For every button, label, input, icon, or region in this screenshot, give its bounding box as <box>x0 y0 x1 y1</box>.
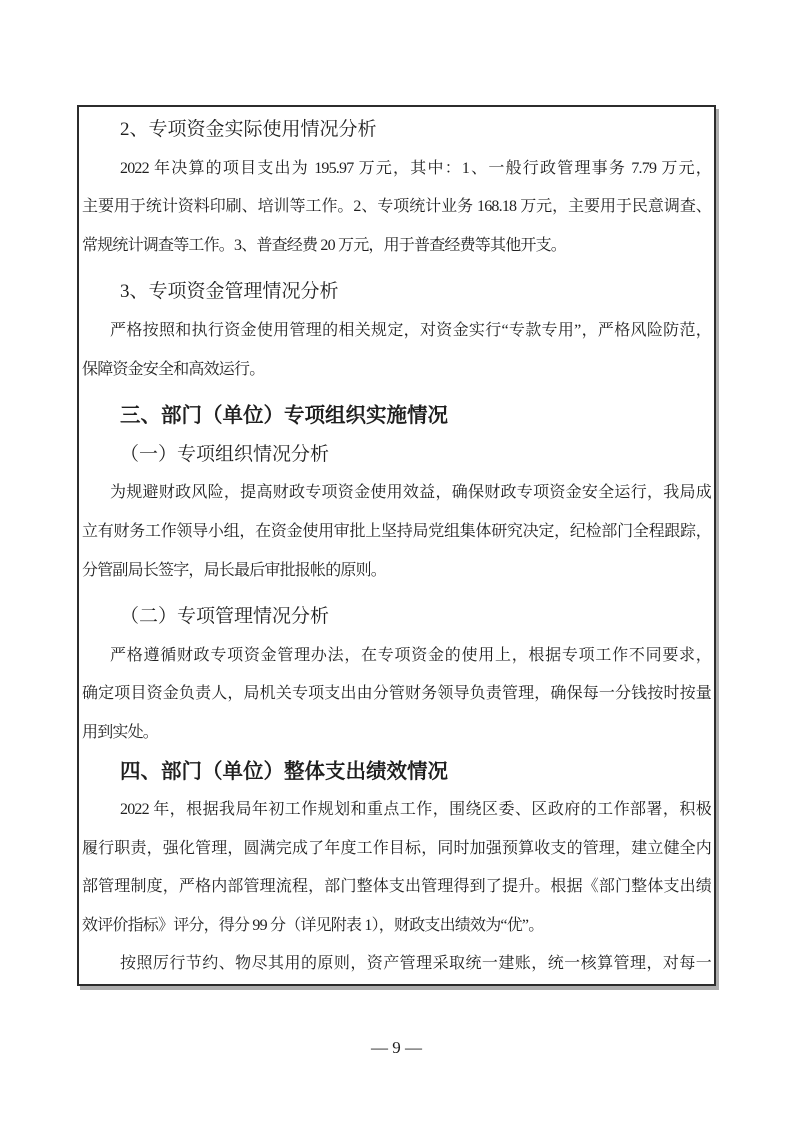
sub-heading-funds-actual-usage: 2、专项资金实际使用情况分析 <box>82 111 711 150</box>
page-border-frame: 2、专项资金实际使用情况分析 2022 年决算的项目支出为 195.97 万元，… <box>77 105 716 986</box>
body-line: 立有财务工作领导小组，在资金使用审批上坚持局党组集体研究决定，纪检部门全程跟踪， <box>82 513 711 552</box>
body-line: 用到实处。 <box>82 714 711 753</box>
body-line: 效评价指标》评分，得分 99 分（详见附表 1），财政支出绩效为“优”。 <box>82 907 711 946</box>
section-heading-overall-expenditure-performance: 四、部门（单位）整体支出绩效情况 <box>82 753 711 792</box>
sub-heading-funds-management: 3、专项资金管理情况分析 <box>82 273 711 312</box>
body-line: 确定项目资金负责人，局机关专项支出由分管财务领导负责管理，确保每一分钱按时按量 <box>82 675 711 714</box>
body-line: 常规统计调查等工作。3、普查经费 20 万元，用于普查经费等其他开支。 <box>82 227 711 266</box>
body-line: 履行职责，强化管理，圆满完成了年度工作目标，同时加强预算收支的管理，建立健全内 <box>82 830 711 869</box>
body-line: 分管副局长签字，局长最后审批报帐的原则。 <box>82 552 711 591</box>
body-line: 按照厉行节约、物尽其用的原则，资产管理采取统一建账，统一核算管理，对每一 <box>82 945 711 984</box>
body-line: 2022 年，根据我局年初工作规划和重点工作，围绕区委、区政府的工作部署，积极 <box>82 791 711 830</box>
body-line: 为规避财政风险，提高财政专项资金使用效益，确保财政专项资金安全运行，我局成 <box>82 474 711 513</box>
body-line: 严格按照和执行资金使用管理的相关规定，对资金实行“专款专用”，严格风险防范， <box>82 312 711 351</box>
sub-heading-management-analysis: （二）专项管理情况分析 <box>82 598 711 637</box>
body-line: 保障资金安全和高效运行。 <box>82 351 711 390</box>
body-line: 2022 年决算的项目支出为 195.97 万元，其中：1、一般行政管理事务 7… <box>82 150 711 189</box>
sub-heading-organization-analysis: （一）专项组织情况分析 <box>82 436 711 475</box>
document-page: { "page": { "background": "#ffffff", "te… <box>0 0 793 1122</box>
body-line: 部管理制度，严格内部管理流程，部门整体支出管理得到了提升。根据《部门整体支出绩 <box>82 868 711 907</box>
body-line: 主要用于统计资料印刷、培训等工作。2、专项统计业务 168.18 万元，主要用于… <box>82 188 711 227</box>
footer-page-number: — 9 — <box>0 1036 793 1060</box>
body-line: 严格遵循财政专项资金管理办法，在专项资金的使用上，根据专项工作不同要求， <box>82 637 711 676</box>
section-heading-organization-implementation: 三、部门（单位）专项组织实施情况 <box>82 397 711 436</box>
